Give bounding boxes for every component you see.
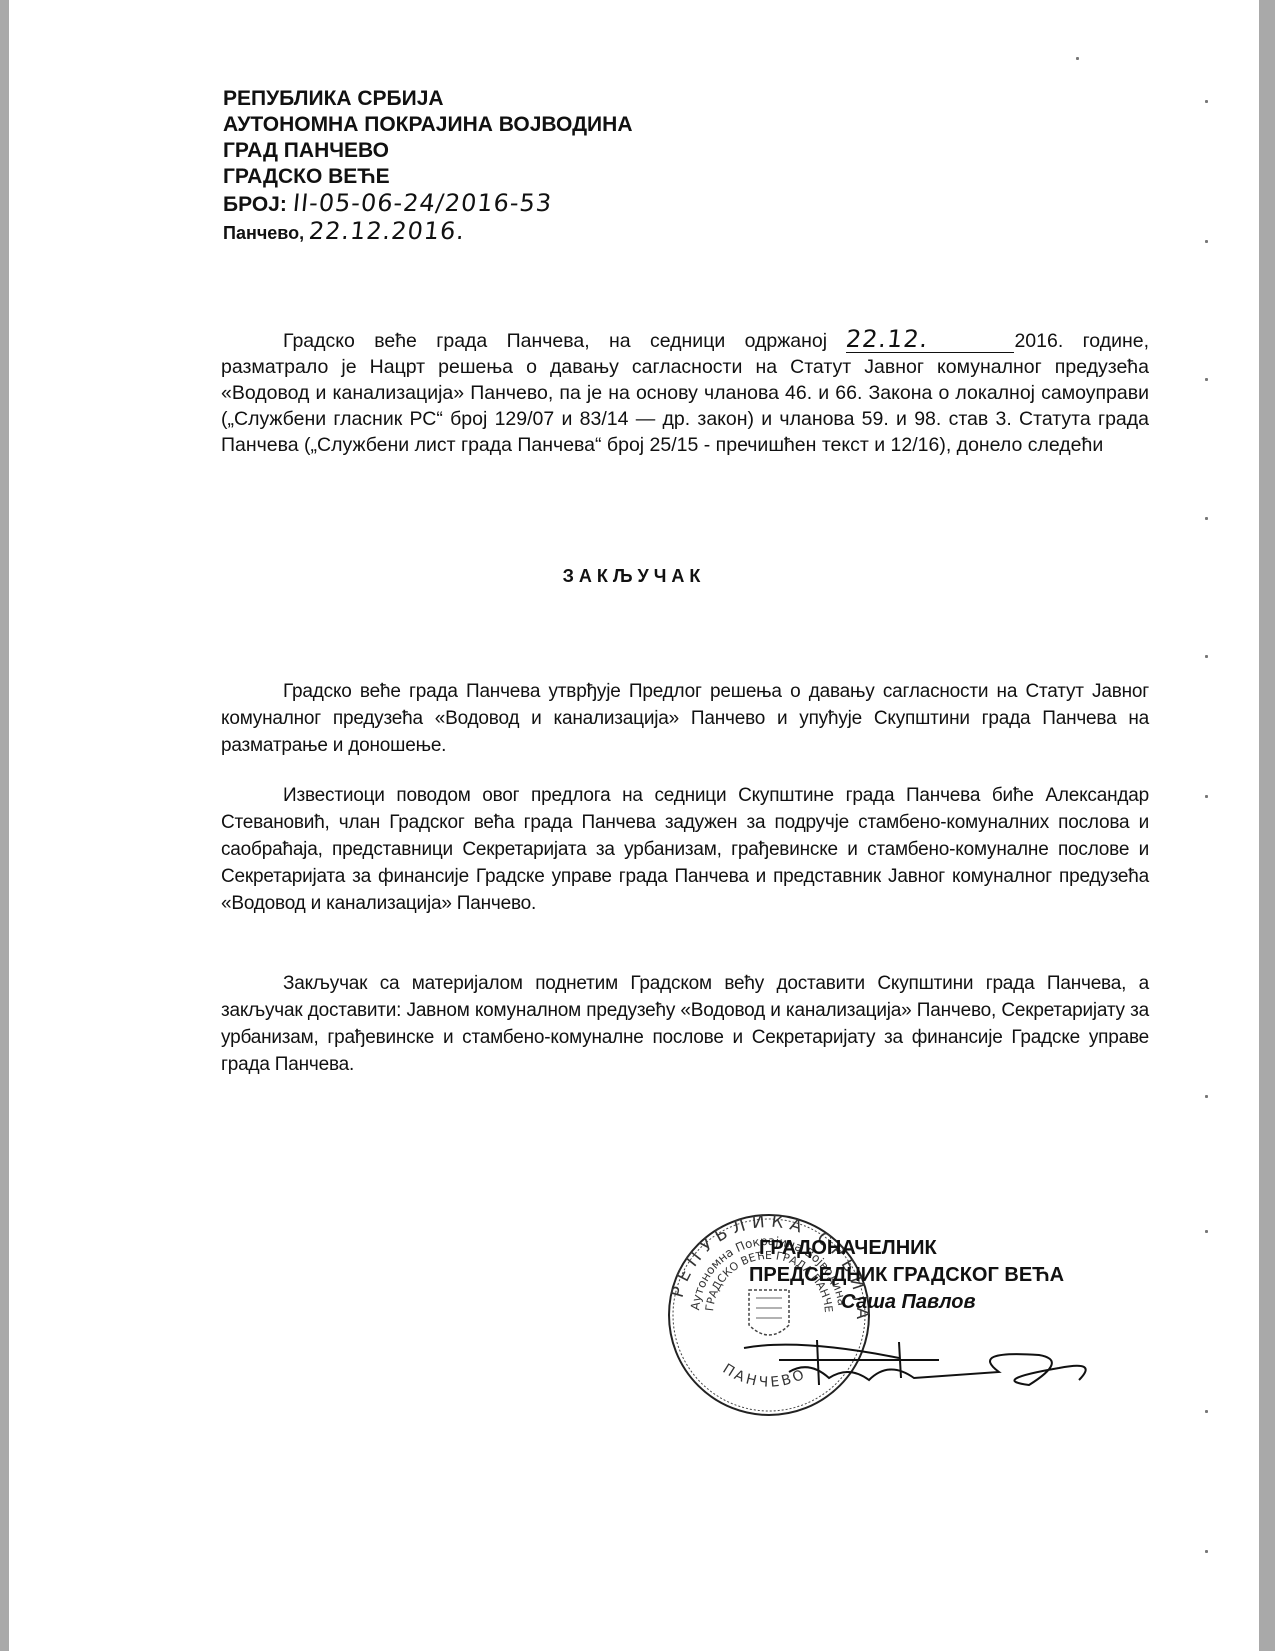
document-number-label: БРОЈ: [223, 193, 287, 216]
session-date-blank: 22.12. [846, 328, 1014, 353]
date-handwritten: 22.12.2016. [308, 218, 467, 244]
document-place-date: Панчево, 22.12.2016. [223, 218, 632, 246]
signatory-title-mayor: ГРАДОНАЧЕЛНИК [749, 1235, 1064, 1262]
intro-paragraph: Градско веће града Панчева, на седници о… [221, 328, 1149, 458]
letterhead-line-province: АУТОНОМНА ПОКРАЈИНА ВОЈВОДИНА [223, 112, 632, 138]
conclusion-paragraph-1-text: Градско веће града Панчева утврђује Пред… [221, 681, 1149, 756]
conclusion-paragraph-3-text: Закључак са материјалом поднетим Градско… [221, 973, 1149, 1075]
document-number: БРОЈ: II-05-06-24/2016-53 [223, 190, 632, 218]
document-number-handwritten: II-05-06-24/2016-53 [291, 190, 553, 216]
signature-block: ГРАДОНАЧЕЛНИК ПРЕДСЕДНИК ГРАДСКОГ ВЕЋА С… [749, 1235, 1064, 1316]
conclusion-paragraph-3: Закључак са материјалом поднетим Градско… [221, 970, 1149, 1078]
session-date-handwritten: 22.12. [845, 328, 930, 350]
letterhead: РЕПУБЛИКА СРБИЈА АУТОНОМНА ПОКРАЈИНА ВОЈ… [223, 86, 632, 246]
letterhead-line-republic: РЕПУБЛИКА СРБИЈА [223, 86, 632, 112]
handwritten-signature-icon [739, 1330, 1109, 1390]
intro-text-before: Градско веће града Панчева, на седници о… [283, 330, 827, 352]
letterhead-line-city: ГРАД ПАНЧЕВО [223, 138, 632, 164]
letterhead-line-council: ГРАДСКО ВЕЋЕ [223, 164, 632, 190]
conclusion-paragraph-2-text: Известиоци поводом овог предлога на седн… [221, 785, 1149, 914]
signatory-name: Саша Павлов [749, 1289, 1064, 1316]
document-page: РЕПУБЛИКА СРБИЈА АУТОНОМНА ПОКРАЈИНА ВОЈ… [9, 0, 1259, 1651]
document-title: ЗАКЉУЧАК [9, 566, 1259, 587]
place-label: Панчево, [223, 223, 304, 243]
conclusion-paragraph-2: Известиоци поводом овог предлога на седн… [221, 782, 1149, 917]
conclusion-paragraph-1: Градско веће града Панчева утврђује Пред… [221, 678, 1149, 759]
signatory-title-president: ПРЕДСЕДНИК ГРАДСКОГ ВЕЋА [749, 1262, 1064, 1289]
